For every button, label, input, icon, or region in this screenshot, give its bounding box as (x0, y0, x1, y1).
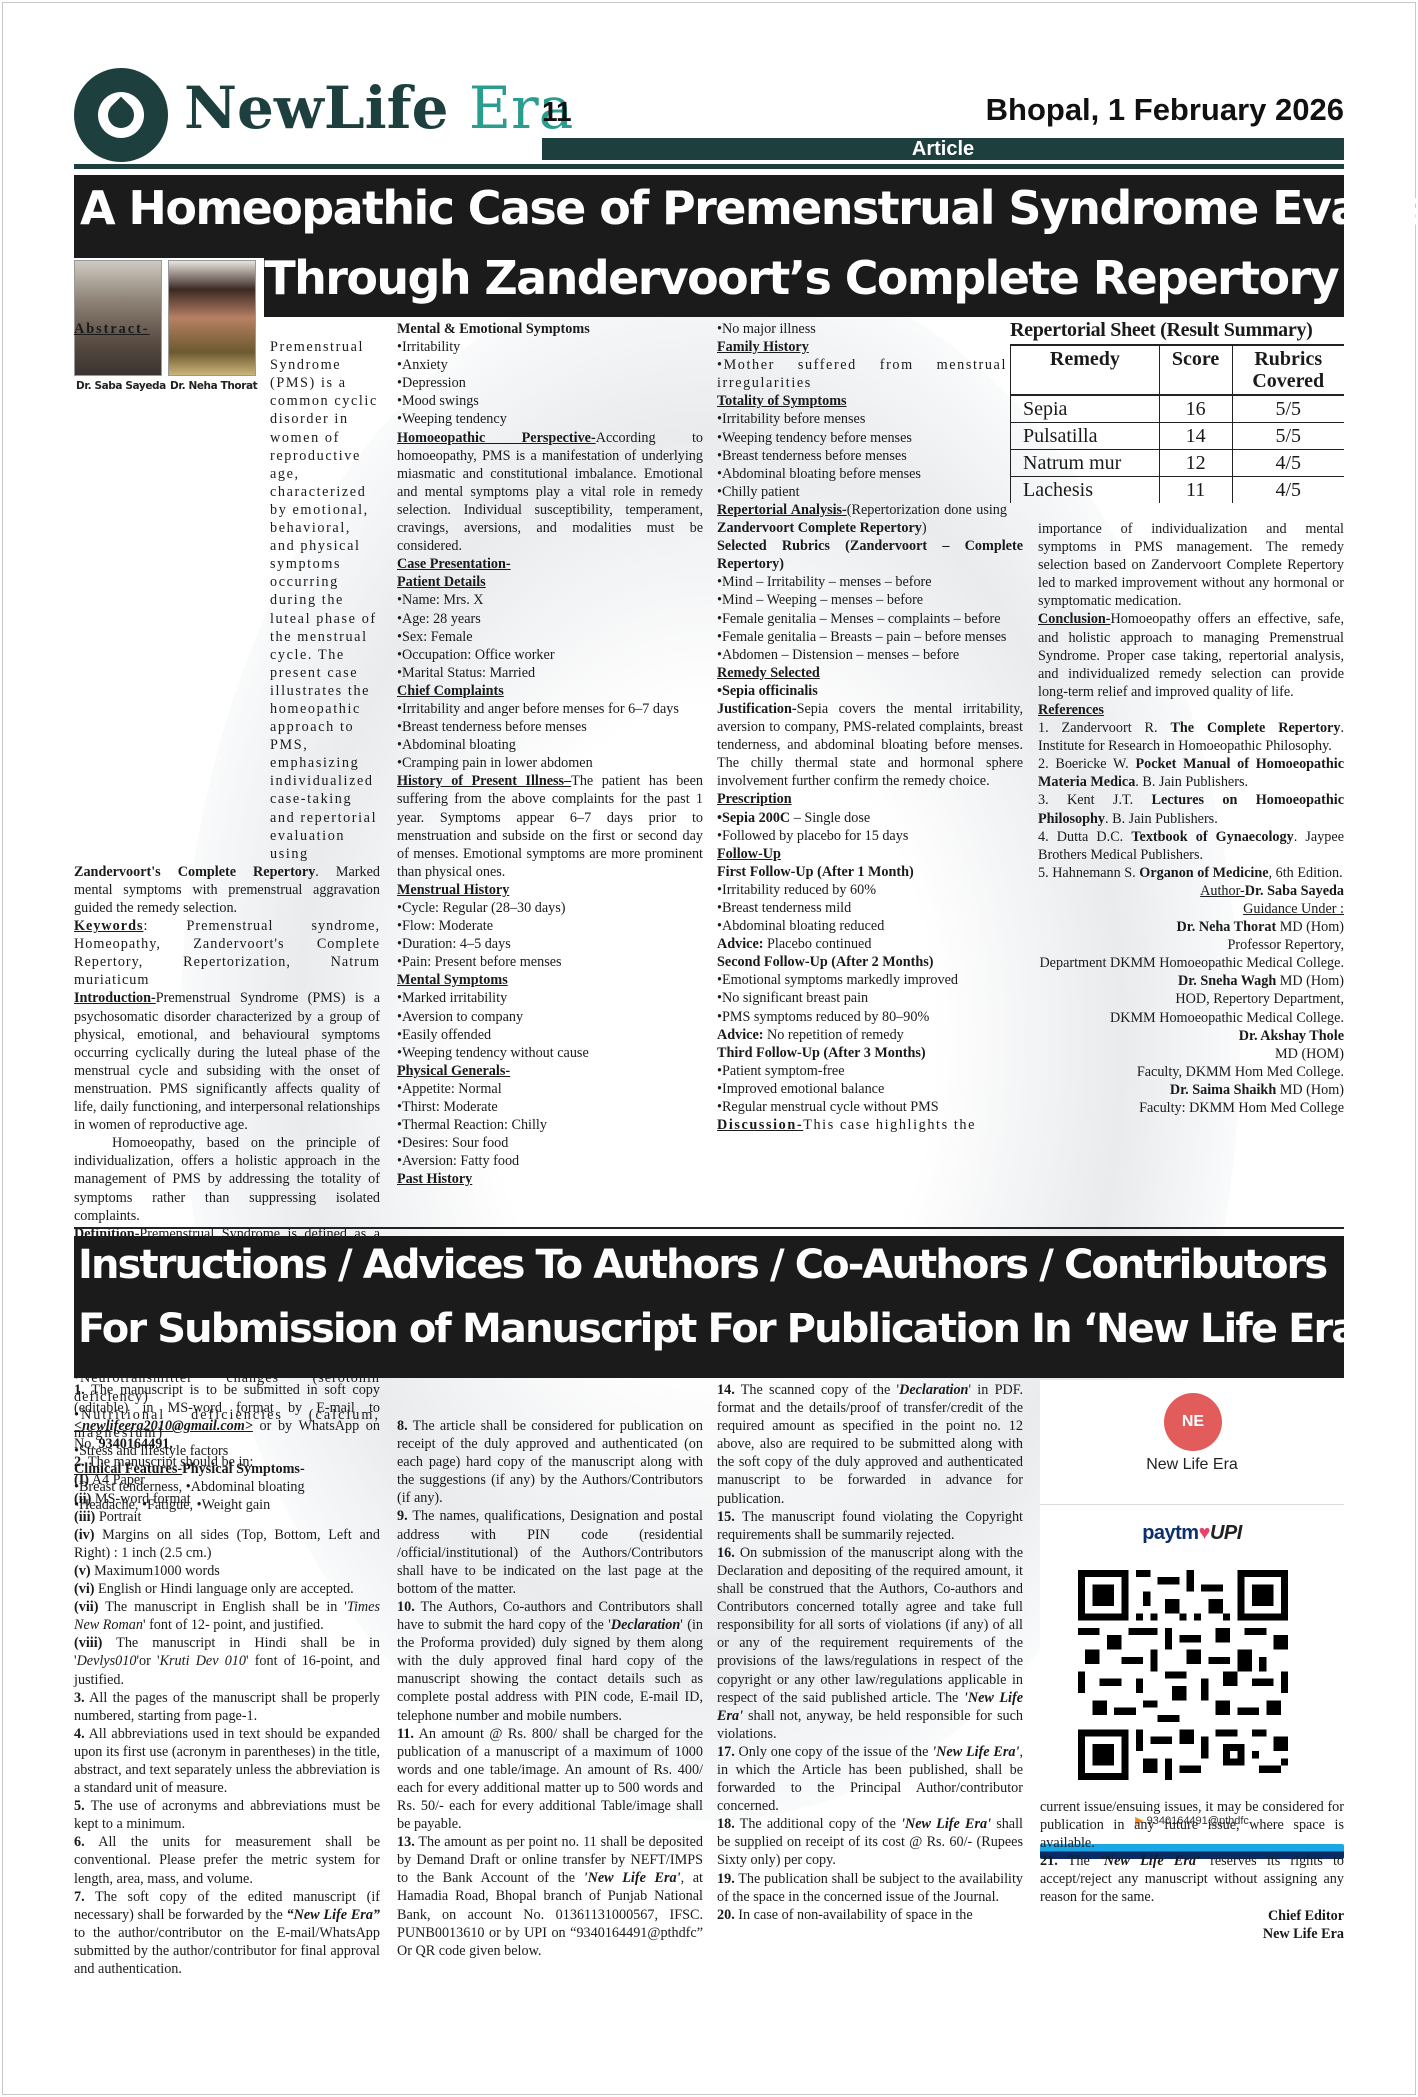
item-number: 14. (717, 1382, 735, 1398)
sub-item-key: (viii) (74, 1635, 102, 1651)
item-text: ' in PDF. format and the details/proof o… (717, 1382, 1023, 1507)
rubrics-cell: 5/5 (1232, 423, 1344, 450)
guide-affiliation: MD (HOM) (1038, 1045, 1344, 1063)
table-header-row: Remedy Score Rubrics Covered (1011, 345, 1345, 395)
guide-entry: Dr. Neha Thorat MD (Hom) (1038, 918, 1344, 936)
item-number: 3. (74, 1690, 85, 1706)
logo-text-newlife: NewLife (184, 74, 469, 142)
conclusion: Conclusion-Homoeopathy offers an effecti… (1038, 610, 1344, 700)
item-text: The use of acronyms and abbreviations mu… (74, 1798, 380, 1832)
reference-title: Textbook of Gynaecology (1131, 829, 1293, 845)
page-number: 11 (542, 96, 572, 128)
reference-item: 4. Dutta D.C. Textbook of Gynaecology. J… (1038, 828, 1344, 864)
symptom-item: •Weeping tendency (397, 410, 703, 428)
instruction-item-20-continued: current issue/ensuing issues, it may be … (1040, 1798, 1344, 1852)
abstract-emphasis: Zandervoort's Complete Repertory. Marked… (74, 863, 380, 917)
justification: Justification-Sepia covers the mental ir… (717, 700, 1023, 790)
article-title-band: A Homeopathic Case of Premenstrual Syndr… (74, 175, 1344, 317)
totality-item: •Abdominal bloating before menses (717, 465, 1023, 483)
physical-item: •Aversion: Fatty food (397, 1152, 703, 1170)
follow-up-item: •Breast tenderness mild (717, 899, 1023, 917)
repertorial-sheet-title: Repertorial Sheet (Result Summary) (1010, 318, 1344, 342)
score-cell: 12 (1159, 450, 1232, 477)
instruction-item-15: 15. The manuscript found violating the C… (717, 1508, 1023, 1544)
reference-author: 1. Zandervoort R. (1038, 720, 1170, 736)
instruction-item-20: 20. In case of non-availability of space… (717, 1906, 1023, 1924)
item-number: 18. (717, 1816, 735, 1832)
introduction-text: Premenstrual Syndrome (PMS) is a psychos… (74, 990, 380, 1133)
discussion-label: Discussion- (717, 1117, 803, 1133)
dateline: Bhopal, 1 February 2026 (986, 92, 1344, 128)
instruction-item-5: 5. The use of acronyms and abbreviations… (74, 1797, 380, 1833)
article-column-2: Mental & Emotional Symptoms •Irritabilit… (397, 320, 703, 1189)
instruction-item-6: 6. All the units for measurement shall b… (74, 1833, 380, 1887)
past-history-heading: Past History (397, 1170, 703, 1188)
rubric-item: •Mind – Irritability – menses – before (717, 573, 1023, 591)
guide-affiliation: DKMM Homoeopathic Medical College. (1038, 1009, 1344, 1027)
patient-item: •Marital Status: Married (397, 664, 703, 682)
physical-item: •Thermal Reaction: Chilly (397, 1116, 703, 1134)
remedy-cell: Natrum mur (1011, 450, 1160, 477)
author-name: Dr. Saba Sayeda (1245, 883, 1344, 899)
patient-item: •Occupation: Office worker (397, 646, 703, 664)
mental-symptoms-heading: Mental Symptoms (397, 971, 703, 989)
sub-item-text: The manuscript in English shall be in ' (98, 1599, 346, 1615)
physical-item: •Appetite: Normal (397, 1080, 703, 1098)
column-header-score: Score (1159, 345, 1232, 395)
payee-name: New Life Era (1040, 1456, 1344, 1474)
references-heading: References (1038, 701, 1344, 719)
item-text: The manuscript found violating the Copyr… (717, 1509, 1023, 1543)
sub-item: (iv) Margins on all sides (Top, Bottom, … (74, 1526, 380, 1562)
sub-item-text: Portrait (95, 1509, 141, 1525)
instruction-item-13: 13. The amount as per point no. 11 shall… (397, 1833, 703, 1960)
follow-up-item: •Irritability reduced by 60% (717, 881, 1023, 899)
paytm-upi-logo: paytm♥UPI (1040, 1522, 1344, 1545)
sub-item-text: Maximum1000 words (91, 1563, 220, 1579)
publication-name: “New Life Era” (287, 1907, 380, 1923)
rubric-item: •Female genitalia – Breasts – pain – bef… (717, 628, 1023, 646)
homoeopathic-perspective: Homoeopathic Perspective-According to ho… (397, 429, 703, 556)
reference-author: 4. Dutta D.C. (1038, 829, 1131, 845)
reference-publisher: . B. Jain Publishers. (1105, 811, 1218, 827)
item-number: 16. (717, 1545, 735, 1561)
sub-item: (ii) MS-word format (74, 1490, 380, 1508)
justification-label: Justification- (717, 701, 797, 717)
guide-name: Dr. Neha Thorat (1177, 919, 1277, 935)
guide-degree: MD (Hom) (1276, 1082, 1344, 1098)
item-text: The manuscript is to be submitted in sof… (74, 1382, 380, 1416)
item-text: In case of non-availability of space in … (735, 1907, 973, 1923)
abstract-head: Abstract- (74, 320, 380, 338)
symptom-item: •Anxiety (397, 356, 703, 374)
sub-item-text: 'or ' (136, 1653, 159, 1669)
instruction-item-19: 19. The publication shall be subject to … (717, 1870, 1023, 1906)
reference-title: The Complete Repertory (1170, 720, 1340, 736)
repertorial-analysis-bold: Zandervoort Complete Repertory (717, 520, 922, 536)
instructions-column-4: current issue/ensuing issues, it may be … (1040, 1798, 1344, 1943)
reference-author: 2. Boericke W. (1038, 756, 1135, 772)
item-number: 13. (397, 1834, 415, 1850)
column-header-remedy: Remedy (1011, 345, 1160, 395)
complaint-item: •Irritability and anger before menses fo… (397, 700, 703, 718)
mental-item: •Weeping tendency without cause (397, 1044, 703, 1062)
advice-text: Placebo continued (764, 936, 872, 952)
item-text: The publication shall be subject to the … (717, 1871, 1023, 1905)
article-title-line-1: A Homeopathic Case of Premenstrual Syndr… (80, 181, 1338, 235)
item-text: to the author/contributor on the E-mail/… (74, 1925, 380, 1977)
totality-item: •Chilly patient (717, 483, 1023, 501)
introduction-para-2: Homoeopathy, based on the principle of i… (74, 1134, 380, 1224)
sub-item: (viii) The manuscript in Hindi shall be … (74, 1634, 380, 1688)
physical-item: •Desires: Sour food (397, 1134, 703, 1152)
score-cell: 11 (1159, 477, 1232, 504)
physical-generals-heading: Physical Generals- (397, 1062, 703, 1080)
reference-author: 5. Hahnemann S. (1038, 865, 1139, 881)
qr-code-icon[interactable] (1078, 1570, 1288, 1780)
item-number: 21. (1040, 1853, 1058, 1869)
guide-entry: Dr. Saima Shaikh MD (Hom) (1038, 1081, 1344, 1099)
upi-payment-card: NE New Life Era paytm♥UPI (1040, 1380, 1344, 1788)
totality-heading: Totality of Symptoms (717, 392, 1023, 410)
instructions-title-line-2: For Submission of Manuscript For Publica… (78, 1306, 1383, 1352)
item-number: 20. (717, 1907, 735, 1923)
sub-item-key: (I) (74, 1472, 89, 1488)
keywords: Keywords: Premenstrual syndrome, Homeopa… (74, 917, 380, 989)
email-link[interactable]: <newlifeera2010@gmail.com> (74, 1418, 253, 1434)
instructions-column-2: 8. The article shall be considered for p… (397, 1381, 703, 1960)
instructions-column-1: 1. The manuscript is to be submitted in … (74, 1381, 380, 1978)
article-column-4: importance of individualization and ment… (1038, 520, 1344, 1117)
item-number: 2. (74, 1454, 85, 1470)
instruction-item-2: 2. The manuscript should be in: (74, 1453, 380, 1471)
guide-affiliation: Professor Repertory, (1038, 936, 1344, 954)
sub-item-key: (iv) (74, 1527, 95, 1543)
item-text: An amount @ Rs. 800/ shall be charged fo… (397, 1726, 703, 1832)
reference-item: 1. Zandervoort R. The Complete Repertory… (1038, 719, 1344, 755)
upi-logo-text: UPI (1210, 1522, 1242, 1544)
remedy-cell: Pulsatilla (1011, 423, 1160, 450)
item-text: The names, qualifications, Designation a… (397, 1508, 703, 1596)
newspaper-logo: NewLife Era (184, 74, 573, 142)
item-text: The (1058, 1853, 1100, 1869)
prescription-item: •Sepia 200C – Single dose (717, 809, 1023, 827)
totality-item: •Irritability before menses (717, 410, 1023, 428)
mental-item: •Easily offended (397, 1026, 703, 1044)
instruction-item-1: 1. The manuscript is to be submitted in … (74, 1381, 380, 1453)
instruction-item-21: 21. The 'New Life Era' reserves its righ… (1040, 1852, 1344, 1906)
item-text: The manuscript should be in: (85, 1454, 254, 1470)
patient-item: •Sex: Female (397, 628, 703, 646)
selected-rubrics-heading: Selected Rubrics (Zandervoort – Complete… (717, 537, 1023, 573)
menstrual-item: •Pain: Present before menses (397, 953, 703, 971)
instruction-item-4: 4. All abbreviations used in text should… (74, 1725, 380, 1797)
instruction-item-8: 8. The article shall be considered for p… (397, 1417, 703, 1507)
discussion-text-start: This case highlights the (803, 1117, 976, 1133)
font-name: Devlys010 (77, 1653, 137, 1669)
sub-item-key: (ii) (74, 1491, 91, 1507)
heart-icon: ♥ (1199, 1522, 1210, 1544)
guide-entry: Dr. Sneha Wagh MD (Hom) (1038, 972, 1344, 990)
item-number: 10. (397, 1599, 415, 1615)
item-text: All abbreviations used in text should be… (74, 1726, 380, 1796)
instruction-item-11: 11. An amount @ Rs. 800/ shall be charge… (397, 1725, 703, 1834)
guide-affiliation: Faculty: DKMM Hom Med College (1038, 1099, 1344, 1117)
guide-name: Dr. Saima Shaikh (1170, 1082, 1276, 1098)
masthead-rule (74, 164, 1344, 169)
sub-item-key: (v) (74, 1563, 91, 1579)
item-text: Only one copy of the issue of the (735, 1744, 932, 1760)
totality-item: •Weeping tendency before menses (717, 429, 1023, 447)
guidance-label: Guidance Under : (1038, 900, 1344, 918)
instructions-title-line-1: Instructions / Advices To Authors / Co-A… (78, 1242, 1326, 1288)
payee-avatar: NE (1164, 1393, 1222, 1451)
follow-up-advice: Advice: Placebo continued (717, 935, 1023, 953)
font-name: Kruti Dev 010 (160, 1653, 246, 1669)
follow-up-item: •Patient symptom-free (717, 1062, 1023, 1080)
prescription-dose: – Single dose (790, 810, 870, 826)
guide-affiliation: Department DKMM Homoeopathic Medical Col… (1038, 954, 1344, 972)
advice-label: Advice: (717, 1027, 764, 1043)
sub-item: (iii) Portrait (74, 1508, 380, 1526)
rubrics-cell: 4/5 (1232, 477, 1344, 504)
introduction-label: Introduction- (74, 990, 156, 1006)
table-row: Pulsatilla 14 5/5 (1011, 423, 1345, 450)
reference-item: 3. Kent J.T. Lectures on Homoeopathic Ph… (1038, 791, 1344, 827)
item-text: The scanned copy of the ' (735, 1382, 899, 1398)
keywords-label: Keywords (74, 918, 143, 934)
publication-name: 'New Life Era' (1100, 1853, 1200, 1869)
menstrual-history-heading: Menstrual History (397, 881, 703, 899)
score-cell: 16 (1159, 395, 1232, 423)
prescription-remedy: •Sepia 200C (717, 810, 790, 826)
repertorial-table: Remedy Score Rubrics Covered Sepia 16 5/… (1010, 344, 1344, 503)
sub-item-text: MS-word format (91, 1491, 190, 1507)
instruction-item-17: 17. Only one copy of the issue of the 'N… (717, 1743, 1023, 1815)
patient-item: •Age: 28 years (397, 610, 703, 628)
item-number: 9. (397, 1508, 408, 1524)
prescription-item: •Followed by placebo for 15 days (717, 827, 1023, 845)
advice-label: Advice: (717, 936, 764, 952)
remedy-cell: Sepia (1011, 395, 1160, 423)
column-header-rubrics: Rubrics Covered (1232, 345, 1344, 395)
item-number: 1. (74, 1382, 85, 1398)
item-text: All the pages of the manuscript shall be… (74, 1690, 380, 1724)
instruction-item-3: 3. All the pages of the manuscript shall… (74, 1689, 380, 1725)
item-text: shall not, anyway, be held responsible f… (717, 1708, 1023, 1742)
guide-affiliation: HOD, Repertory Department, (1038, 990, 1344, 1008)
guide-entry: Dr. Akshay Thole (1038, 1027, 1344, 1045)
declaration-term: Declaration (611, 1617, 680, 1633)
family-history-heading: Family History (717, 338, 1023, 356)
publication-name: 'New Life Era' (584, 1870, 681, 1886)
reference-publisher: , 6th Edition. (1269, 865, 1343, 881)
mental-item: •Marked irritability (397, 989, 703, 1007)
reference-title: Organon of Medicine (1139, 865, 1268, 881)
item-number: 8. (397, 1418, 408, 1434)
mental-emotional-heading: Mental & Emotional Symptoms (397, 320, 703, 338)
author-credit: Author-Dr. Saba Sayeda (1038, 882, 1344, 900)
instruction-item-7: 7. The soft copy of the edited manuscrip… (74, 1888, 380, 1978)
follow-up-item: •Abdominal bloating reduced (717, 917, 1023, 935)
family-history-item: •Mother suffered from menstrual irregula… (717, 356, 1007, 392)
rubric-item: •Mind – Weeping – menses – before (717, 591, 1023, 609)
masthead: NewLife Era 11 Bhopal, 1 February 2026 A… (74, 68, 1344, 168)
sub-item: (vi) English or Hindi language only are … (74, 1580, 380, 1598)
reference-item: 2. Boericke W. Pocket Manual of Homoeopa… (1038, 755, 1344, 791)
item-text: All the units for measurement shall be c… (74, 1834, 380, 1886)
abstract-label: Abstract- (74, 321, 150, 337)
first-follow-up-heading: First Follow-Up (After 1 Month) (717, 863, 1023, 881)
prescription-heading: Prescription (717, 790, 1023, 808)
introduction: Introduction-Premenstrual Syndrome (PMS)… (74, 989, 380, 1134)
complaint-item: •Breast tenderness before menses (397, 718, 703, 736)
item-number: 6. (74, 1834, 85, 1850)
totality-item: •Breast tenderness before menses (717, 447, 1023, 465)
reference-publisher: . B. Jain Publishers. (1135, 774, 1248, 790)
follow-up-item: •Emotional symptoms markedly improved (717, 971, 1023, 989)
menstrual-item: •Flow: Moderate (397, 917, 703, 935)
chief-complaints-heading: Chief Complaints (397, 682, 703, 700)
sub-item: (v) Maximum1000 words (74, 1562, 380, 1580)
complaint-item: •Cramping pain in lower abdomen (397, 754, 703, 772)
instruction-item-16: 16. On submission of the manuscript alon… (717, 1544, 1023, 1743)
sub-item-text: ' font of 12- point, and justified. (143, 1617, 324, 1633)
repertorial-sheet: Repertorial Sheet (Result Summary) Remed… (1010, 318, 1344, 503)
table-row: Natrum mur 12 4/5 (1011, 450, 1345, 477)
sub-item-text: Margins on all sides (Top, Bottom, Left … (74, 1527, 380, 1561)
complaint-item: •Abdominal bloating (397, 736, 703, 754)
perspective-label: Homoeopathic Perspective- (397, 430, 596, 446)
abstract-bold: Zandervoort's Complete Repertory (74, 864, 315, 880)
instructions-column-3: 14. The scanned copy of the 'Declaration… (717, 1381, 1023, 1924)
reference-author: 3. Kent J.T. (1038, 792, 1152, 808)
symptom-item: •Irritability (397, 338, 703, 356)
discussion-start: Discussion-This case highlights the (717, 1116, 1023, 1134)
score-cell: 14 (1159, 423, 1232, 450)
sub-item: (I) A4 Paper (74, 1471, 380, 1489)
card-divider (1040, 1504, 1344, 1505)
menstrual-item: •Duration: 4–5 days (397, 935, 703, 953)
third-follow-up-heading: Third Follow-Up (After 3 Months) (717, 1044, 1023, 1062)
menstrual-item: •Cycle: Regular (28–30 days) (397, 899, 703, 917)
instruction-item-9: 9. The names, qualifications, Designatio… (397, 1507, 703, 1597)
repertorial-analysis-tail: ) (922, 520, 927, 536)
conclusion-label: Conclusion- (1038, 611, 1111, 627)
item-number: 7. (74, 1889, 85, 1905)
patient-details-heading: Patient Details (397, 573, 703, 591)
declaration-term: Declaration (899, 1382, 968, 1398)
signoff-publication: New Life Era (1040, 1925, 1344, 1943)
item-text: The article shall be considered for publ… (397, 1418, 703, 1506)
sub-item-text: A4 Paper (89, 1472, 145, 1488)
second-follow-up-heading: Second Follow-Up (After 2 Months) (717, 953, 1023, 971)
abstract-body: Premenstrual Syndrome (PMS) is a common … (270, 339, 378, 862)
instruction-item-14: 14. The scanned copy of the 'Declaration… (717, 1381, 1023, 1508)
item-number: 5. (74, 1798, 85, 1814)
publication-name: 'New Life Era' (932, 1744, 1019, 1760)
discussion-continued: importance of individualization and ment… (1038, 520, 1344, 610)
symptom-item: •Depression (397, 374, 703, 392)
instruction-item-10: 10. The Authors, Co-authors and Contribu… (397, 1598, 703, 1725)
item-number: 19. (717, 1871, 735, 1887)
symptom-item: •Mood swings (397, 392, 703, 410)
past-history-item: •No major illness (717, 320, 1007, 338)
remedy-selected-heading: Remedy Selected (717, 664, 1023, 682)
leaf-logo-icon (74, 68, 168, 162)
section-divider (74, 1227, 1344, 1229)
repertorial-analysis: Repertorial Analysis-(Repertorization do… (717, 501, 1007, 537)
follow-up-item: •Regular menstrual cycle without PMS (717, 1098, 1023, 1116)
perspective-text: According to homoeopathy, PMS is a manif… (397, 430, 703, 555)
article-column-3: •No major illness Family History •Mother… (717, 320, 1023, 1134)
paytm-logo-text: paytm (1142, 1522, 1198, 1544)
instruction-item-18: 18. The additional copy of the 'New Life… (717, 1815, 1023, 1869)
guide-affiliation: Faculty, DKMM Hom Med College. (1038, 1063, 1344, 1081)
rubric-item: •Female genitalia – Menses – complaints … (717, 610, 1023, 628)
remedy-cell: Lachesis (1011, 477, 1160, 504)
instructions-title-band: Instructions / Advices To Authors / Co-A… (74, 1236, 1344, 1378)
remedy-selected-value: •Sepia officinalis (717, 682, 1023, 700)
case-presentation-heading: Case Presentation- (397, 555, 703, 573)
item-number: 4. (74, 1726, 85, 1742)
abstract-text: Premenstrual Syndrome (PMS) is a common … (270, 338, 380, 863)
publication-name: 'New Life Era' (901, 1816, 991, 1832)
follow-up-item: •PMS symptoms reduced by 80–90% (717, 1008, 1023, 1026)
repertorial-analysis-text: (Repertorization done using (847, 502, 1007, 518)
sub-item-key: (iii) (74, 1509, 95, 1525)
section-label: Article (542, 138, 1344, 160)
item-text: The additional copy of the (735, 1816, 901, 1832)
follow-up-item: •No significant breast pain (717, 989, 1023, 1007)
sub-item-text: English or Hindi language only are accep… (95, 1581, 354, 1597)
reference-item: 5. Hahnemann S. Organon of Medicine, 6th… (1038, 864, 1344, 882)
history-present-illness: History of Present Illness–The patient h… (397, 772, 703, 881)
rubrics-cell: 4/5 (1232, 450, 1344, 477)
follow-up-item: •Improved emotional balance (717, 1080, 1023, 1098)
advice-text: No repetition of remedy (764, 1027, 904, 1043)
rubric-item: •Abdomen – Distension – menses – before (717, 646, 1023, 664)
follow-up-advice: Advice: No repetition of remedy (717, 1026, 1023, 1044)
guide-name: Dr. Akshay Thole (1239, 1028, 1344, 1044)
item-number: 15. (717, 1509, 735, 1525)
table-row: Lachesis 11 4/5 (1011, 477, 1345, 504)
mental-item: •Aversion to company (397, 1008, 703, 1026)
author-label: Author- (1200, 883, 1245, 899)
table-row: Sepia 16 5/5 (1011, 395, 1345, 423)
whatsapp-number: 9340164491. (98, 1436, 172, 1452)
patient-item: •Name: Mrs. X (397, 591, 703, 609)
sub-item-key: (vi) (74, 1581, 95, 1597)
rubrics-cell: 5/5 (1232, 395, 1344, 423)
item-text: On submission of the manuscript along wi… (717, 1545, 1023, 1706)
follow-up-heading: Follow-Up (717, 845, 1023, 863)
article-title-line-2: Through Zandervoort’s Complete Repertory (264, 251, 1338, 305)
physical-item: •Thirst: Moderate (397, 1098, 703, 1116)
item-number: 11. (397, 1726, 414, 1742)
sub-item: (vii) The manuscript in English shall be… (74, 1598, 380, 1634)
guide-name: Dr. Sneha Wagh (1178, 973, 1276, 989)
repertorial-analysis-label: Repertorial Analysis- (717, 502, 847, 518)
guide-degree: MD (Hom) (1276, 973, 1344, 989)
item-number: 17. (717, 1744, 735, 1760)
sub-item-key: (vii) (74, 1599, 98, 1615)
signoff-title: Chief Editor (1040, 1907, 1344, 1925)
hpi-label: History of Present Illness– (397, 773, 571, 789)
guide-degree: MD (Hom) (1276, 919, 1344, 935)
